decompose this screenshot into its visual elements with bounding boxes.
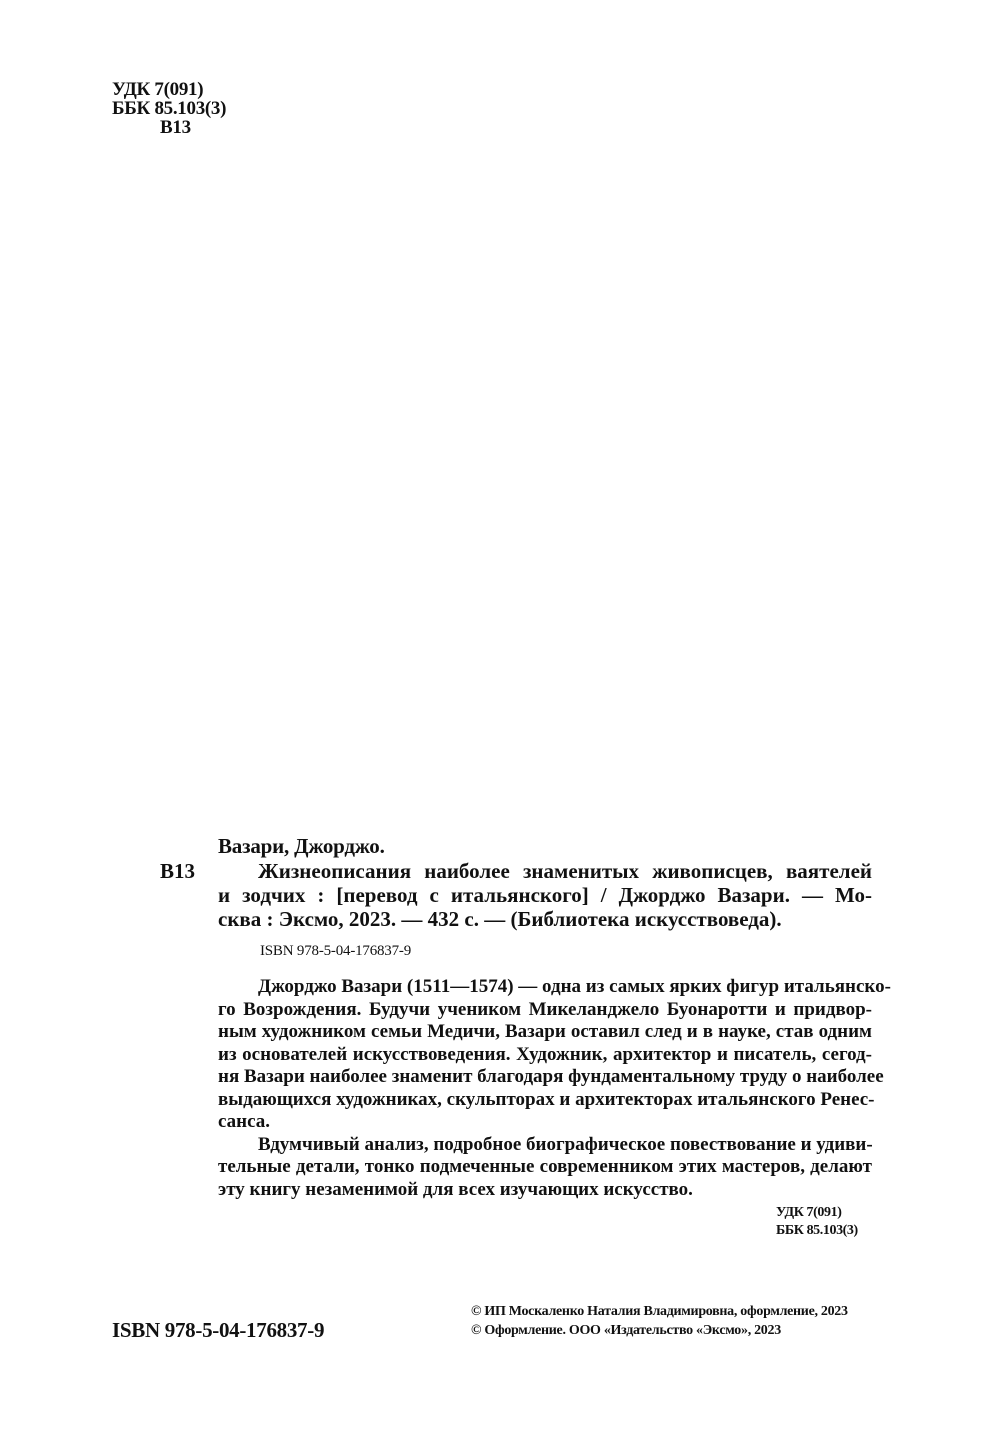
bbk-code: ББК 85.103(3) bbox=[112, 99, 226, 118]
annotation-line: ным художником семьи Медичи, Вазари оста… bbox=[218, 1021, 872, 1044]
annotation-line: эту книгу незаменимой для всех изучающих… bbox=[218, 1179, 872, 1202]
annotation-line: Вдумчивый анализ, подробное биографическ… bbox=[218, 1134, 872, 1157]
author-mark-record: В13 bbox=[160, 859, 195, 884]
copyright-line: © ИП Москаленко Наталия Владимировна, оф… bbox=[471, 1302, 848, 1321]
udk-code-bottom: УДК 7(091) bbox=[776, 1204, 858, 1222]
annotation-line: из основателей искусствоведения. Художни… bbox=[218, 1044, 872, 1067]
annotation-paragraph-2: Вдумчивый анализ, подробное биографическ… bbox=[218, 1134, 872, 1202]
annotation-line: го Возрождения. Будучи учеником Микеланд… bbox=[218, 999, 872, 1022]
biblio-line: и зодчих : [перевод с итальянского] / Дж… bbox=[218, 883, 872, 907]
annotation-line: ня Вазари наиболее знаменит благодаря фу… bbox=[218, 1066, 872, 1089]
bbk-code-bottom: ББК 85.103(3) bbox=[776, 1222, 858, 1240]
biblio-line: сква : Эксмо, 2023. — 432 с. — (Библиоте… bbox=[218, 907, 872, 931]
udk-code: УДК 7(091) bbox=[112, 80, 226, 99]
annotation-line: Джорджо Вазари (1511—1574) — одна из сам… bbox=[218, 976, 872, 999]
biblio-line: Жизнеописания наиболее знаменитых живопи… bbox=[218, 859, 872, 883]
annotation-paragraph-1: Джорджо Вазари (1511—1574) — одна из сам… bbox=[218, 976, 872, 1134]
annotation-line: тельные детали, тонко подмеченные соврем… bbox=[218, 1156, 872, 1179]
annotation-line: выдающихся художниках, скульпторах и арх… bbox=[218, 1089, 872, 1112]
copyright-block: © ИП Москаленко Наталия Владимировна, оф… bbox=[471, 1302, 848, 1340]
top-classification-block: УДК 7(091) ББК 85.103(3) В13 bbox=[112, 80, 226, 137]
bibliographic-description: Жизнеописания наиболее знаменитых живопи… bbox=[218, 859, 872, 931]
author-mark: В13 bbox=[112, 118, 226, 137]
annotation-line: санса. bbox=[218, 1111, 872, 1134]
author-heading: Вазари, Джорджо. bbox=[218, 834, 385, 859]
bottom-classification-block: УДК 7(091) ББК 85.103(3) bbox=[776, 1204, 858, 1240]
record-isbn: ISBN 978-5-04-176837-9 bbox=[260, 943, 411, 960]
copyright-line: © Оформление. ООО «Издательство «Эксмо»,… bbox=[471, 1321, 848, 1340]
annotation: Джорджо Вазари (1511—1574) — одна из сам… bbox=[218, 976, 872, 1201]
isbn-main: ISBN 978-5-04-176837-9 bbox=[112, 1318, 324, 1343]
